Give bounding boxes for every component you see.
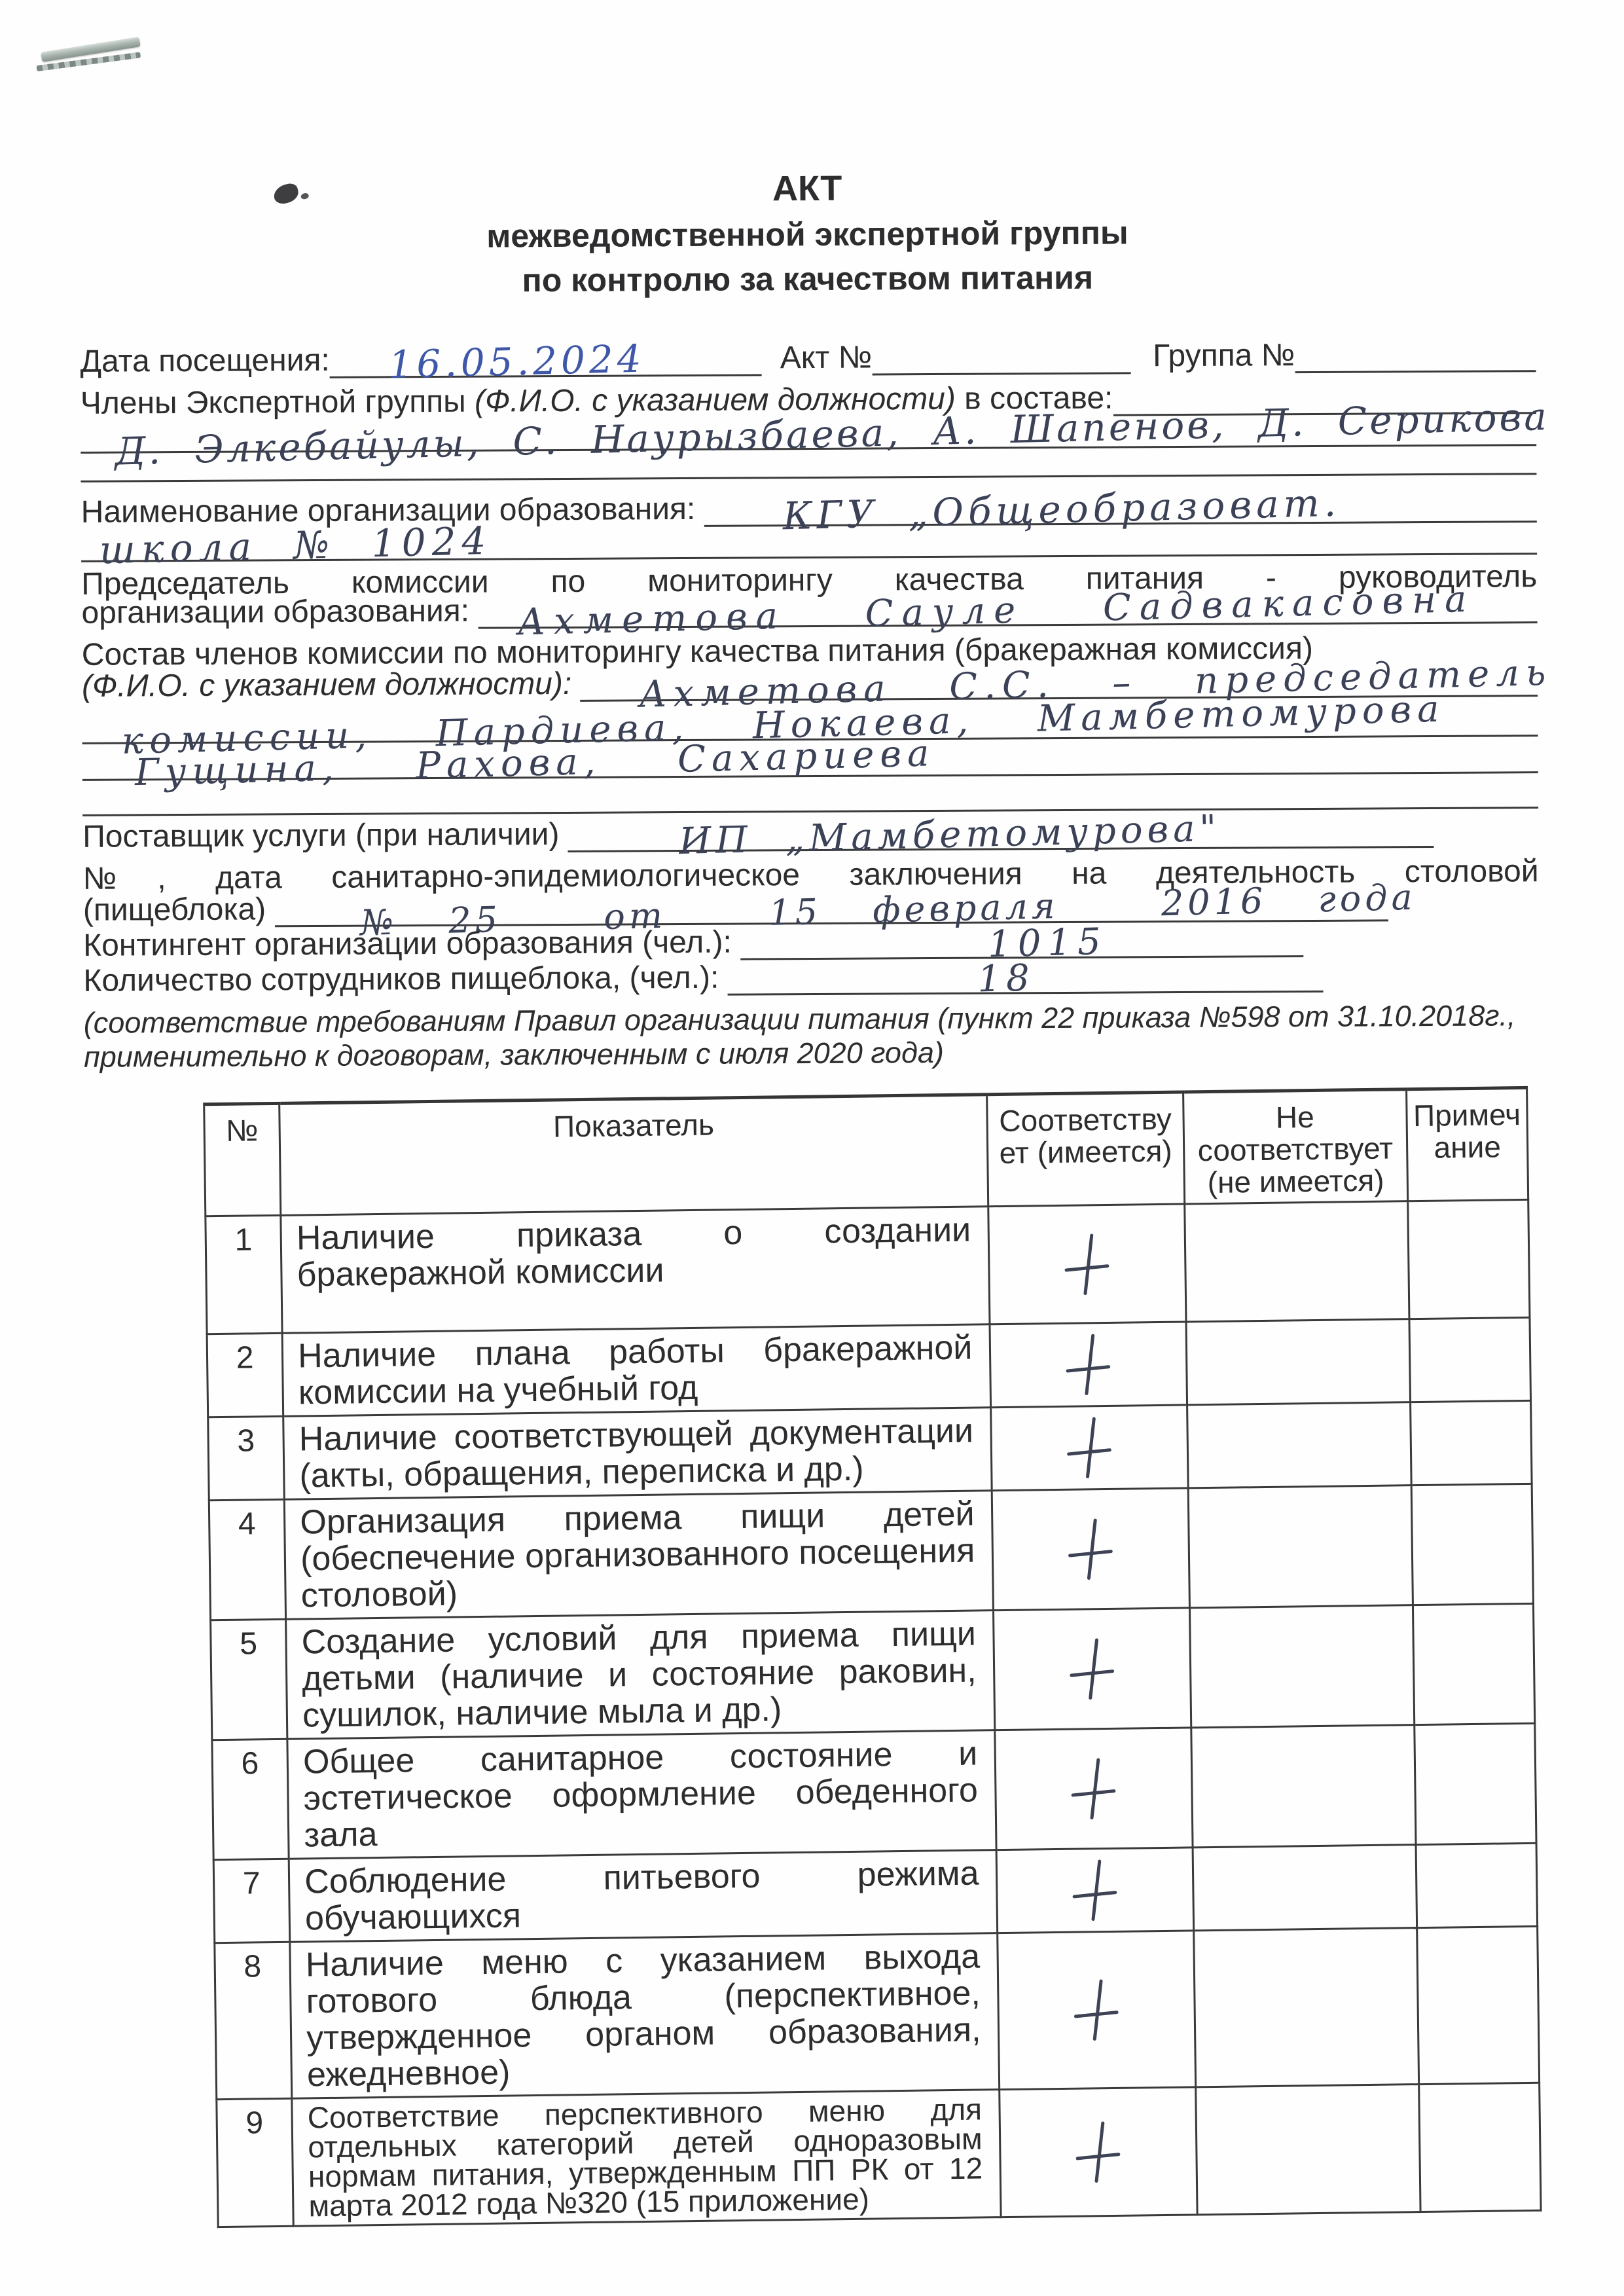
match-cell: + xyxy=(991,1405,1188,1491)
indicator-cell: Наличие приказа о создании бракеражной к… xyxy=(281,1207,990,1334)
doc-title-line2: межведомственной экспертной группы xyxy=(79,212,1535,257)
supplier-value: ИП „Мамбетомурова" xyxy=(679,809,1221,863)
contingent-line: Контингент организации образования (чел.… xyxy=(83,926,1539,964)
table-row: 6 Общее санитарное состояние и эстетичес… xyxy=(212,1723,1536,1859)
commission-label-line2: (Ф.И.О. с указанием должности): xyxy=(82,666,581,704)
row-number: 6 xyxy=(212,1739,289,1859)
no-match-cell xyxy=(1188,1485,1413,1608)
table-row: 2 Наличие плана работы бракеражной комис… xyxy=(207,1317,1530,1417)
match-cell: + xyxy=(998,1931,1195,2090)
note-cell xyxy=(1419,2083,1541,2212)
no-match-cell xyxy=(1187,1402,1411,1488)
match-cell: + xyxy=(997,1848,1194,1933)
chairman-underline: Ахметова Сауле Садвакасовна xyxy=(478,594,1537,629)
checkmark-plus: + xyxy=(1068,1638,1117,1700)
row-number: 7 xyxy=(213,1859,290,1942)
header-num: № xyxy=(204,1103,281,1216)
header-match: Соответству ет (имеется) xyxy=(987,1092,1184,1207)
staff-line: Количество сотрудников пищеблока, (чел.)… xyxy=(83,961,1539,999)
note-cell xyxy=(1411,1400,1532,1485)
contingent-label: Контингент организации образования (чел.… xyxy=(83,925,740,964)
note-cell xyxy=(1408,1199,1530,1319)
members-value-line: Д. Элкебайулы, С. Наурызбаева, А. Шапено… xyxy=(81,409,1536,454)
note-cell xyxy=(1417,1926,1540,2084)
no-match-cell xyxy=(1189,1605,1415,1728)
note-cell xyxy=(1416,1843,1538,1927)
table-row: 5 Создание условий для приема пищи детьм… xyxy=(211,1603,1535,1740)
row-number: 5 xyxy=(211,1619,287,1740)
checkmark-plus: + xyxy=(1065,1417,1114,1479)
indicator-cell: Организация приема пищи детей (обеспечен… xyxy=(284,1491,993,1620)
table-row: 9 Соответствие перспективного меню для о… xyxy=(217,2083,1541,2227)
group-no-label: Группа № xyxy=(1153,338,1295,374)
table-row: 8 Наличие меню с указанием выхода готово… xyxy=(215,1926,1540,2099)
note-cell xyxy=(1415,1723,1536,1844)
note-line2: применительно к договорам, заключенным с… xyxy=(84,1033,1540,1074)
indicator-cell: Наличие меню с указанием выхода готового… xyxy=(290,1933,1000,2099)
checkmark-plus: + xyxy=(1064,1334,1113,1396)
contingent-underline: 1015 xyxy=(740,927,1303,960)
header-note: Примеч ание xyxy=(1407,1087,1528,1201)
row-number: 1 xyxy=(206,1215,282,1334)
indicator-cell: Создание условий для приема пищи детьми … xyxy=(286,1611,995,1740)
checkmark-plus: + xyxy=(1066,1518,1115,1580)
match-cell: + xyxy=(994,1608,1191,1730)
checkmark-plus: + xyxy=(1072,1979,1121,2041)
no-match-cell xyxy=(1193,1928,1419,2087)
row-number: 3 xyxy=(208,1416,285,1500)
visit-date-underline: 16.05.2024 xyxy=(330,335,762,378)
match-cell: + xyxy=(990,1322,1187,1408)
sanitary-underline: № 25 от 15 февраля 2016 года xyxy=(274,890,1388,927)
row-number: 9 xyxy=(217,2098,294,2227)
indicator-cell: Общее санитарное состояние и эстетическо… xyxy=(287,1730,996,1859)
table-row: 1 Наличие приказа о создании бракеражной… xyxy=(206,1199,1530,1334)
note-line1: (соответствие требованиям Правил организ… xyxy=(84,999,1540,1040)
row-number: 4 xyxy=(209,1499,285,1620)
inspection-table: № Показатель Соответству ет (имеется) Не… xyxy=(203,1086,1542,2228)
scanned-document-page: АКТ межведомственной экспертной группы п… xyxy=(0,0,1624,2296)
checkmark-plus: + xyxy=(1070,1859,1119,1922)
doc-title-line3: по контролю за качеством питания xyxy=(80,257,1536,301)
chairman-line2: организации образования: Ахметова Сауле … xyxy=(81,594,1537,631)
sanitary-line2: (пищеблока) № 25 от 15 февраля 2016 года xyxy=(83,889,1539,928)
table-row: 3 Наличие соответствующей документации (… xyxy=(208,1400,1532,1500)
checkmark-plus: + xyxy=(1074,2121,1123,2183)
chairman-label-line2: организации образования: xyxy=(81,594,478,631)
header-match-line2: ет (имеется) xyxy=(994,1135,1178,1170)
organization-line2: школа № 1024 xyxy=(81,524,1537,562)
no-match-cell xyxy=(1191,1725,1416,1848)
indicator-cell: Соответствие перспективного меню для отд… xyxy=(292,2090,1001,2227)
organization-underline: КГУ „Общеобразоват. xyxy=(704,488,1536,527)
supplier-line: Поставщик услуги (при наличии) ИП „Мамбе… xyxy=(82,816,1538,855)
table-header-row: № Показатель Соответству ет (имеется) Не… xyxy=(204,1087,1528,1216)
no-match-cell xyxy=(1195,2085,1420,2215)
table-row: 7 Соблюдение питьевого режима обучающихс… xyxy=(213,1843,1537,1942)
header-no-match: Не соответствует (не имеется) xyxy=(1183,1089,1408,1204)
act-no-underline xyxy=(872,333,1130,375)
checkmark-plus: + xyxy=(1069,1758,1118,1820)
act-no-label: Акт № xyxy=(780,340,873,376)
note-cell xyxy=(1409,1317,1531,1402)
supplier-label: Поставщик услуги (при наличии) xyxy=(82,817,568,855)
visit-date-value: 16.05.2024 xyxy=(388,338,646,387)
indicator-cell: Наличие плана работы бракеражной комисси… xyxy=(282,1324,991,1417)
row-number: 8 xyxy=(215,1942,292,2099)
staff-underline: 18 xyxy=(728,962,1324,996)
supplier-underline: ИП „Мамбетомурова" xyxy=(568,816,1434,852)
match-cell: + xyxy=(1000,2087,1197,2217)
indicator-cell: Соблюдение питьевого режима обучающихся xyxy=(289,1850,998,1942)
match-cell: + xyxy=(988,1204,1185,1324)
header-match-line1: Соответству xyxy=(994,1103,1178,1138)
checkmark-plus: + xyxy=(1062,1233,1111,1295)
note-cell xyxy=(1413,1603,1535,1724)
no-match-cell xyxy=(1193,1845,1417,1931)
row-number: 2 xyxy=(207,1333,283,1417)
group-no-underline xyxy=(1295,331,1536,373)
match-cell: + xyxy=(992,1488,1189,1611)
header-note-line1: Примеч xyxy=(1413,1099,1521,1132)
header-indicator: Показатель xyxy=(280,1095,988,1216)
sanitary-label-line2: (пищеблока) xyxy=(83,892,275,928)
indicator-cell: Наличие соответствующей документации (ак… xyxy=(283,1408,992,1500)
organization-value-line2: школа № 1024 xyxy=(99,520,492,572)
doc-title-line1: АКТ xyxy=(79,165,1535,212)
commission-line4: Гущина, Рахова, Сахариева xyxy=(82,740,1538,781)
no-match-cell xyxy=(1186,1319,1411,1405)
visit-date-label: Дата посещения: xyxy=(80,343,330,380)
match-cell: + xyxy=(995,1728,1192,1850)
staff-label: Количество сотрудников пищеблока, (чел.)… xyxy=(83,960,728,999)
header-note-line2: ание xyxy=(1413,1131,1522,1164)
staff-value: 18 xyxy=(977,958,1036,1001)
no-match-cell xyxy=(1184,1201,1409,1322)
note-cell xyxy=(1411,1484,1533,1605)
visit-line: Дата посещения: 16.05.2024 Акт № Группа … xyxy=(80,331,1536,380)
table-row: 4 Организация приема пищи детей (обеспеч… xyxy=(209,1484,1533,1620)
